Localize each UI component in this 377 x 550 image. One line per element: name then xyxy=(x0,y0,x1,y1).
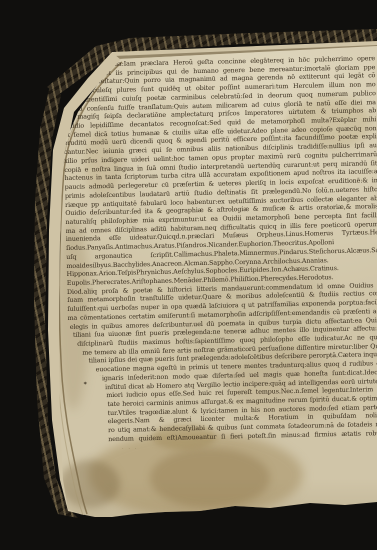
photo-backdrop: dicta ſūt iudicāda:Iam præclara Heroū ge… xyxy=(0,0,377,550)
ink-dots: · · · xyxy=(122,447,138,452)
text-block: dicta ſūt iudicāda:Iam præclara Heroū ge… xyxy=(62,55,377,445)
marginal-star-mark: ∗ xyxy=(83,381,87,387)
